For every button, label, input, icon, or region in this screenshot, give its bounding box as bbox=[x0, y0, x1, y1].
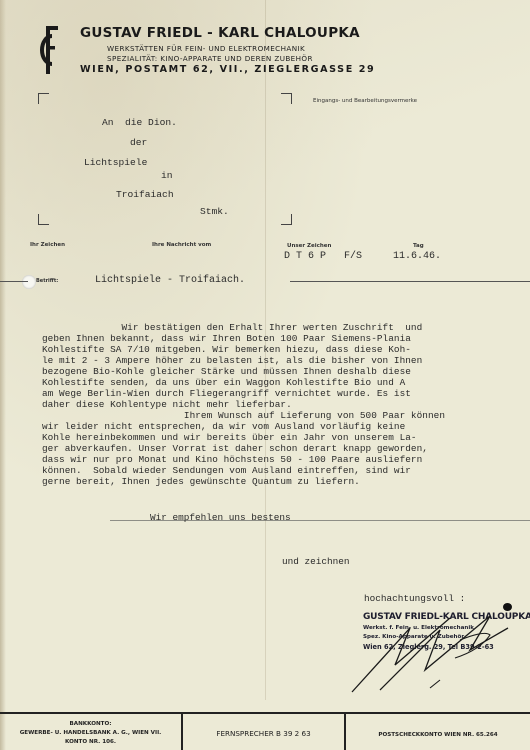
tag-label: Tag bbox=[413, 243, 424, 249]
company-name: GUSTAV FRIEDL - KARL CHALOUPKA bbox=[80, 25, 360, 41]
body-line: geben Ihnen bekannt, dass wir Ihren Bote… bbox=[42, 333, 411, 344]
body-line: wir leider nicht entsprechen, da wir vom… bbox=[42, 421, 405, 432]
footer-bank-title: BANKKONTO: bbox=[0, 721, 181, 727]
body-line: ger abverkaufen. Unser Vorrat ist daher … bbox=[42, 443, 428, 454]
body-line: Wir bestätigen den Erhalt Ihrer werten Z… bbox=[42, 322, 422, 333]
betrifft-label: Betrifft: bbox=[36, 278, 58, 284]
window-corner-br bbox=[281, 214, 292, 225]
closing-line-3: hochachtungsvoll : bbox=[364, 593, 465, 604]
footer-bank-line-2: KONTO NR. 106. bbox=[0, 739, 181, 745]
recipient-line-1: An die Dion. bbox=[102, 117, 177, 128]
body-line: Ihrem Wunsch auf Lieferung von 500 Paar … bbox=[42, 410, 445, 421]
body-line: gerne bereit, Ihnen jedes gewünschte Qua… bbox=[42, 476, 360, 487]
footer-phone: FERNSPRECHER B 39 2 63 bbox=[183, 729, 344, 738]
receipt-notes-label: Eingangs- und Bearbeitungsvermerke bbox=[313, 98, 417, 104]
unser-zeichen-label: Unser Zeichen bbox=[287, 243, 331, 249]
recipient-line-2: der bbox=[130, 137, 147, 148]
window-corner-tl bbox=[38, 93, 49, 104]
subject-rule-left bbox=[0, 281, 28, 282]
punch-hole bbox=[22, 275, 36, 289]
date-value: 11.6.46. bbox=[393, 251, 441, 262]
closing-line-1: Wir empfehlen uns bestens bbox=[150, 512, 291, 523]
ihre-nachricht-label: Ihre Nachricht vom bbox=[152, 242, 211, 248]
subject-rule-right bbox=[290, 281, 530, 282]
body-line: daher diese Kohlentype nicht mehr liefer… bbox=[42, 399, 292, 410]
company-tagline-2: SPEZIALITÄT: KINO-APPARATE UND DEREN ZUB… bbox=[107, 54, 313, 63]
subject-value: Lichtspiele - Troifaiach. bbox=[95, 275, 245, 286]
company-tagline-1: WERKSTÄTTEN FÜR FEIN- UND ELEKTROMECHANI… bbox=[107, 44, 305, 53]
ihr-zeichen-label: Ihr Zeichen bbox=[30, 242, 65, 248]
recipient-line-6: Stmk. bbox=[200, 206, 229, 217]
body-line: le mit 2 - 3 Ampere höher zu belasten is… bbox=[42, 355, 422, 366]
body-line: können. Sobald wieder Sendungen vom Ausl… bbox=[42, 465, 411, 476]
body-line: dass wir nur pro Monat und Kino höchsten… bbox=[42, 454, 422, 465]
body-line: am Wege Berlin-Wien durch Fliegerangriff… bbox=[42, 388, 411, 399]
fc-monogram-icon bbox=[36, 24, 60, 76]
company-address: WIEN, POSTAMT 62, VII., ZIEGLERGASSE 29 bbox=[80, 64, 375, 75]
recipient-line-3: Lichtspiele bbox=[84, 157, 147, 168]
letter-page: GUSTAV FRIEDL - KARL CHALOUPKA WERKSTÄTT… bbox=[0, 0, 530, 750]
body-line: Kohle hereinbekommen und wir bereits übe… bbox=[42, 432, 417, 443]
recipient-line-5: Troifaiach bbox=[116, 189, 174, 200]
footer-bank-line-1: GEWERBE- U. HANDELSBANK A. G., WIEN VII. bbox=[0, 730, 181, 736]
footer-rule bbox=[0, 712, 530, 714]
body-line: Kohlestifte senden, da uns über ein Wagg… bbox=[42, 377, 405, 388]
recipient-line-4: in bbox=[161, 170, 173, 181]
window-corner-tr bbox=[281, 93, 292, 104]
handwritten-signature-icon bbox=[340, 610, 520, 710]
unser-zeichen-value: D T 6 P F/S bbox=[284, 251, 362, 262]
body-line: Kohlestifte SA 7/10 mitgeben. Wir bemerk… bbox=[42, 344, 411, 355]
footer-divider-2 bbox=[344, 712, 346, 750]
closing-line-2: und zeichnen bbox=[282, 556, 350, 567]
window-corner-bl bbox=[38, 214, 49, 225]
body-line: bezogene Bio-Kohle gleicher Stärke und m… bbox=[42, 366, 411, 377]
footer-postscheck: POSTSCHECKKONTO WIEN NR. 65.264 bbox=[346, 732, 530, 738]
